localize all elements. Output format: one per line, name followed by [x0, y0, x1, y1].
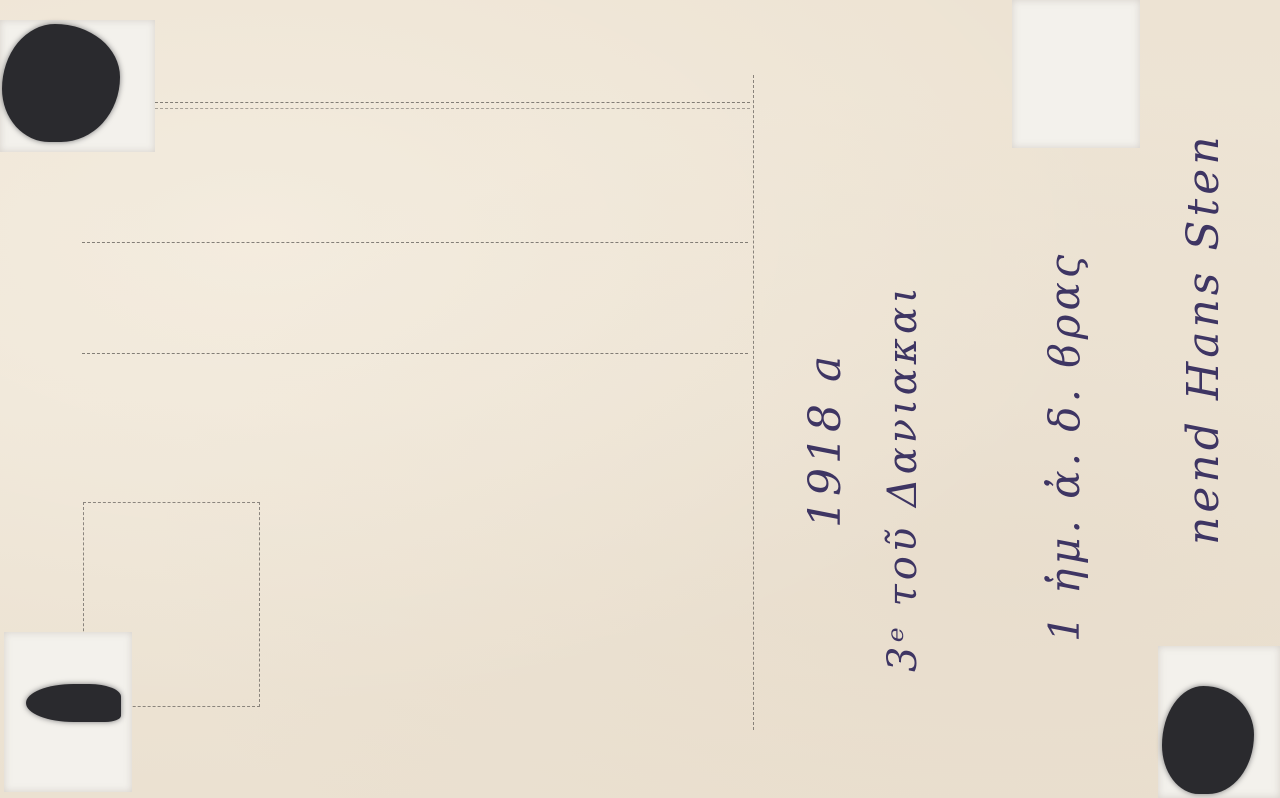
center-divider — [753, 75, 754, 730]
address-line-2 — [82, 242, 748, 243]
handwriting-line-4: nend Hans Sten — [1178, 132, 1229, 545]
address-line-3 — [82, 353, 748, 354]
handwriting-line-2: 3ᵉ τοῦ Δανιακαι — [880, 283, 926, 672]
handwriting-line-1: 1918 a — [800, 352, 851, 528]
tape-bottom-right — [1158, 646, 1280, 798]
postcard-back: 1918 a 3ᵉ τοῦ Δανιακαι 1 ἡμ. ἀ. δ. ϐρας … — [0, 0, 1280, 798]
handwriting-line-3: 1 ἡμ. ἀ. δ. ϐρας — [1040, 251, 1089, 642]
address-line-1-lower — [155, 108, 750, 109]
tape-bottom-left — [4, 632, 132, 792]
tape-top-right — [1012, 0, 1140, 148]
ink-blot — [1162, 686, 1254, 794]
ink-blot — [2, 24, 120, 142]
tape-top-left — [0, 20, 155, 152]
address-line-1 — [155, 102, 750, 103]
ink-blot — [26, 684, 121, 722]
